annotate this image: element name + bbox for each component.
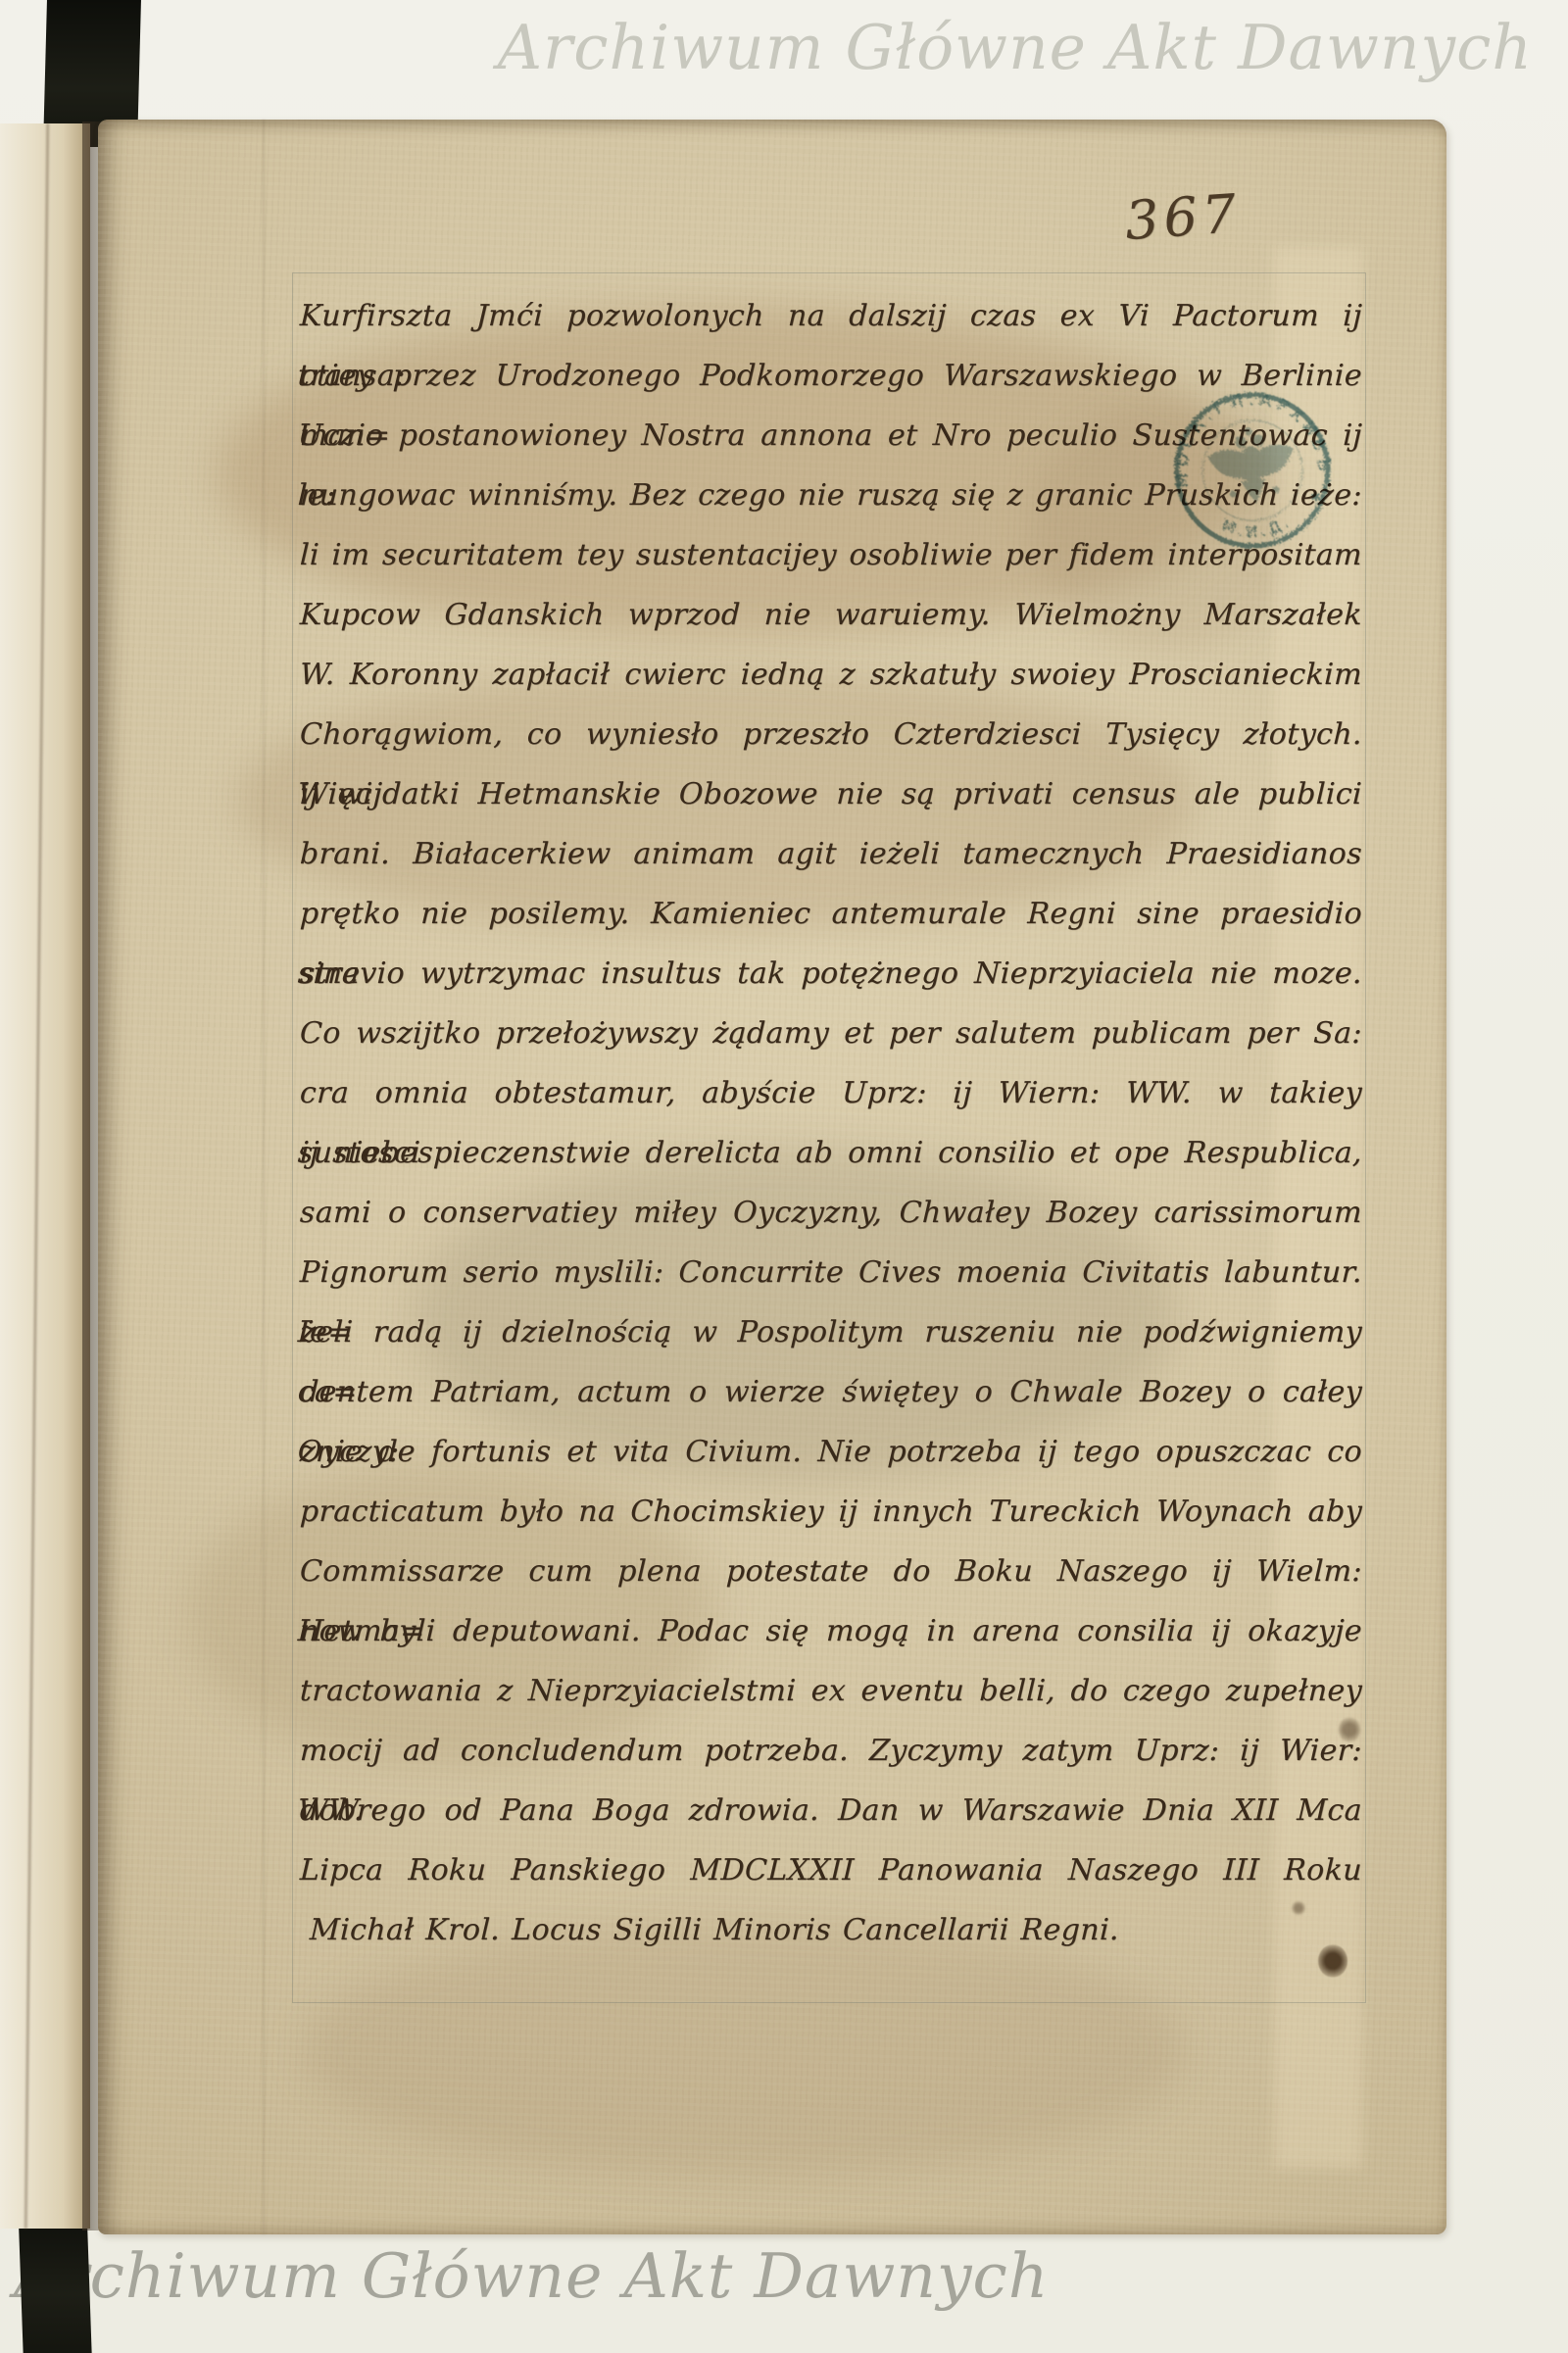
page-fold-line <box>263 120 265 2234</box>
ink-smudge <box>1318 1944 1347 1978</box>
manuscript-line: mocij ad concludendum potrzeba. Zyczymy … <box>299 1721 1363 1781</box>
page-crease <box>24 123 49 2229</box>
archive-watermark-top: Archiwum Główne Akt Dawnych <box>498 12 1533 83</box>
manuscript-page: 367 Kurfirszta Jmći pozwolonych na dalsz… <box>98 120 1446 2234</box>
stamp-star-icon: ✱ <box>1310 490 1323 506</box>
manuscript-line: ij niebespieczenstwie derelicta ab omni … <box>299 1123 1363 1183</box>
manuscript-line: Kurfirszta Jmći pozwolonych na dalszij c… <box>299 286 1363 346</box>
manuscript-line: Pignorum serio myslili: Concurrite Cives… <box>299 1243 1363 1302</box>
ink-smudge <box>1292 1901 1305 1915</box>
double-eagle-emblem-icon <box>1205 423 1299 509</box>
manuscript-line: brani. Białacerkiew animam agit ieżeli t… <box>299 824 1363 884</box>
manuscript-line: ij wijdatki Hetmanskie Obozowe nie są pr… <box>299 764 1363 824</box>
archive-watermark-bottom: Archiwum Główne Akt Dawnych <box>14 2240 1049 2312</box>
manuscript-line: sami o conservatiey miłey Oyczyzny, Chwa… <box>299 1183 1363 1243</box>
manuscript-line: Commissarze cum plena potestate do Boku … <box>299 1542 1363 1601</box>
manuscript-line: now byli deputowani. Podac się mogą in a… <box>299 1601 1363 1661</box>
manuscript-line: cra omnia obtestamur, abyście Uprz: ij W… <box>299 1063 1363 1123</box>
previous-page-edge <box>0 123 90 2229</box>
page-number: 367 <box>1123 182 1243 252</box>
manuscript-line: dobrego od Pana Boga zdrowia. Dan w Wars… <box>299 1781 1363 1840</box>
manuscript-line: stravio wytrzymac insultus tak potężnego… <box>299 944 1363 1004</box>
manuscript-line: Co wszijtko przełożywszy żądamy et per s… <box>299 1004 1363 1063</box>
archive-stamp: МОСК.ГЛ.АРХИВЪ М.И.Д. ✱ <box>1159 377 1345 563</box>
scanned-document: Archiwum Główne Akt Dawnych Archiwum Głó… <box>0 0 1568 2353</box>
manuscript-line: prętko nie posilemy. Kamieniec antemural… <box>299 884 1363 944</box>
manuscript-line: żeli radą ij dzielnością w Pospolitym ru… <box>299 1302 1363 1362</box>
manuscript-line: dentem Patriam, actum o wierze świętey o… <box>299 1362 1363 1422</box>
manuscript-line: Kupcow Gdanskich wprzod nie waruiemy. Wi… <box>299 585 1363 645</box>
manuscript-line: practicatum było na Chocimskiey ij innyc… <box>299 1482 1363 1542</box>
manuscript-line: Chorągwiom, co wyniesło przeszło Czterdz… <box>299 705 1363 764</box>
manuscript-line: Lipca Roku Panskiego MDCLXXII Panowania … <box>299 1840 1363 1900</box>
manuscript-line: W. Koronny zapłacił cwierc iedną z szkat… <box>299 645 1363 705</box>
manuscript-line: tractowania z Nieprzyiacielstmi ex event… <box>299 1661 1363 1721</box>
ink-smudge <box>1339 1717 1360 1742</box>
manuscript-line: Michał Krol. Locus Sigilli Minoris Cance… <box>299 1900 1363 1960</box>
manuscript-line: znie de fortunis et vita Civium. Nie pot… <box>299 1422 1363 1482</box>
